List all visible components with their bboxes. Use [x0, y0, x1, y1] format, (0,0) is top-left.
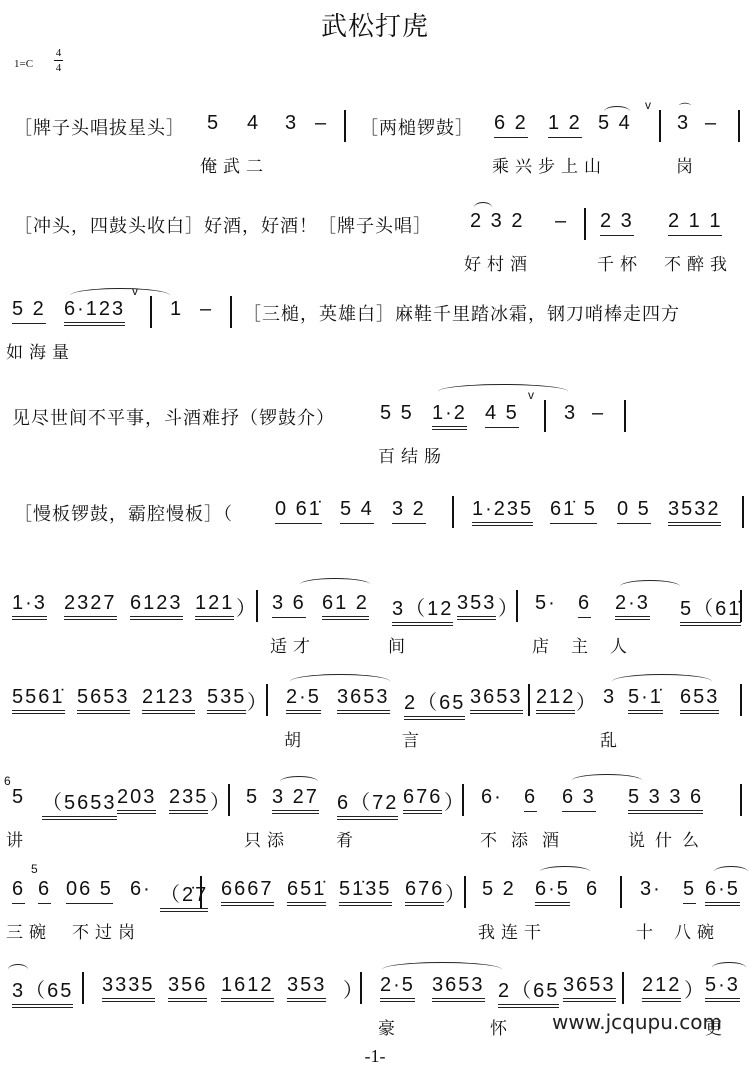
grace-note: 6	[4, 774, 11, 788]
note: 1	[170, 298, 183, 321]
note-group: 6·5	[705, 878, 740, 906]
note-group: 653	[680, 686, 719, 714]
score-line-9: 6 5 6 06 5 6· （2̇7 6667 651̇ 51̇35 676 ）…	[0, 864, 750, 954]
note-group: 6 3	[562, 786, 596, 812]
barline	[228, 784, 230, 816]
barline	[740, 684, 742, 716]
note: 6	[586, 878, 599, 901]
paren: ）	[343, 974, 365, 1003]
song-title: 武松打虎	[0, 6, 750, 43]
slur	[540, 866, 590, 877]
paren: ）	[236, 592, 258, 621]
barline	[620, 876, 622, 908]
score-line-3: 5 2 6·123 v 1 – ［三槌，英雄白］麻鞋千里踏冰霜，钢刀哨棒走四方 …	[0, 284, 750, 374]
note-group: 3（65	[12, 974, 73, 1008]
note: 5	[246, 786, 259, 809]
note: 6	[12, 878, 25, 904]
note: 5	[207, 112, 220, 135]
note-group: 06 5	[66, 878, 113, 904]
note-group: 2（65	[498, 974, 559, 1008]
barline	[464, 876, 466, 908]
barline	[230, 296, 232, 328]
breath-mark: v	[528, 388, 534, 402]
note-group: 61 2	[322, 592, 369, 620]
note-group: 235	[169, 786, 208, 814]
note-group: 3 2	[392, 498, 426, 524]
note-group: 353	[287, 974, 326, 1002]
score-line-5: ［慢板锣鼓，霸腔慢板］（ 0 61̇ 5 4 3 2 1·235 61̇ 5 0…	[0, 484, 750, 574]
barline	[742, 496, 744, 528]
lyric: 说什么	[628, 826, 709, 851]
barline	[150, 296, 152, 328]
note: 6·	[481, 786, 503, 809]
note-group: 535	[207, 686, 246, 714]
slur	[438, 384, 568, 399]
note-group: 353	[457, 592, 496, 620]
note-group: 356	[168, 974, 207, 1002]
note-group: 3（12	[392, 592, 453, 626]
time-signature: 4 4	[54, 47, 63, 74]
barline	[528, 684, 530, 716]
note-group: 212	[536, 686, 575, 714]
note: 5·	[535, 592, 557, 615]
lyric: 肴	[336, 826, 359, 851]
performance-direction: ［牌子头唱拔星头］	[14, 114, 185, 140]
note-group: 1·3	[12, 592, 47, 620]
performance-direction: ［两槌锣鼓］	[360, 114, 474, 140]
lyric: 我连干	[478, 918, 547, 943]
note-group: 6·123	[64, 298, 125, 326]
dash: –	[592, 402, 605, 425]
breath-mark: v	[645, 98, 651, 112]
note-group: 5 2	[482, 878, 516, 901]
lyric: 八碗	[674, 918, 720, 943]
note: 5	[12, 786, 25, 809]
note-group: 0 61̇	[275, 498, 322, 524]
note: 6·	[130, 878, 152, 901]
paren: ）	[684, 974, 706, 1003]
barline	[740, 590, 742, 622]
note-group: 5 4	[598, 112, 632, 135]
note-group: 6667	[221, 878, 274, 906]
note: 3	[603, 686, 616, 709]
score-line-4: 见尽世间不平事，斗酒难抒（锣鼓介） 5 5 1·2 4 5 v 3 – 百结肠	[0, 388, 750, 478]
note-group: 676	[403, 786, 442, 814]
note-group: 5 5	[380, 402, 414, 425]
note: 4	[247, 112, 260, 135]
barline	[462, 784, 464, 816]
barline	[266, 684, 268, 716]
lyric: 只添	[244, 826, 290, 851]
note-group: 61̇ 5	[550, 498, 597, 524]
barline	[738, 110, 740, 142]
note-group: 5 3 3 6	[628, 786, 703, 814]
note: 3	[285, 112, 298, 135]
lyric: 不添酒	[480, 826, 573, 851]
slur	[300, 578, 370, 591]
lyric: 三碗	[6, 918, 52, 943]
note-group: 2327	[64, 592, 117, 620]
note-group: （5653	[42, 786, 117, 820]
dash: –	[315, 112, 328, 135]
score-line-6: 1·3 2327 6123 121 ） 3 6 61 2 3（12 353 ） …	[0, 578, 750, 668]
barline	[344, 110, 346, 142]
performance-direction: 见尽世间不平事，斗酒难抒（锣鼓介）	[12, 404, 335, 430]
performance-direction: ［冲头，四鼓头收白］好酒，好酒！［牌子头唱］	[14, 212, 432, 238]
lyric: 十	[636, 918, 659, 943]
lyric: 店主人	[532, 632, 649, 657]
lyric: 乱	[600, 726, 623, 751]
note: 5	[683, 878, 696, 904]
slur	[714, 866, 748, 877]
note-group: 2 1 1	[668, 210, 722, 236]
note: 6	[524, 786, 537, 812]
note: 6	[38, 878, 51, 904]
note: 6	[578, 592, 591, 618]
lyric: 千杯	[597, 250, 643, 275]
note: 3·	[640, 878, 662, 901]
note-group: 2（65	[404, 686, 465, 720]
note-group: 3 27	[272, 786, 319, 814]
barline	[584, 208, 586, 240]
lyric: 岗	[676, 152, 699, 177]
barline	[624, 400, 626, 432]
barline	[82, 972, 84, 1004]
score-line-8: 6 5 （5653 203 235 ） 5 3 27 6（72 676 ） 6·…	[0, 772, 750, 862]
note-group: 676	[405, 878, 444, 906]
performance-direction: ［慢板锣鼓，霸腔慢板］（	[14, 500, 233, 526]
barline	[659, 110, 661, 142]
barline	[516, 590, 518, 622]
barline	[200, 876, 202, 908]
lyric: 适才	[270, 632, 316, 657]
score-line-7: 5561̇ 5653 2123 535 ） 2·5 3653 2（65 3653…	[0, 672, 750, 762]
note-group: 6 2	[494, 112, 528, 138]
note-group: 2·3	[615, 592, 650, 620]
barline	[452, 496, 454, 528]
barline	[256, 590, 258, 622]
note-group: 2 3	[600, 210, 634, 236]
dash: –	[555, 210, 568, 233]
note-group: 6·5	[535, 878, 570, 906]
note-group: 1·2	[432, 402, 467, 430]
note-group: 2 3 2	[470, 210, 524, 233]
lyric: 不醉我	[664, 250, 733, 275]
note-group: 2·5	[380, 974, 415, 1002]
page-number: -1-	[0, 1046, 750, 1067]
lyric: 不过岗	[72, 918, 141, 943]
watermark-link[interactable]: www.jcqupu.com	[552, 1010, 722, 1034]
note-group: 2123	[142, 686, 195, 714]
barline	[360, 972, 362, 1004]
grace-note: 5	[31, 862, 38, 876]
note-group: 3 6	[272, 592, 306, 618]
breath-mark: v	[132, 284, 138, 298]
note-group: 1612	[221, 974, 274, 1002]
lyric: 豪	[378, 1014, 401, 1039]
barline	[740, 784, 742, 816]
barline	[622, 972, 624, 1004]
note: 3	[677, 112, 690, 135]
note-group: 3532	[668, 498, 721, 526]
score-line-1: ［牌子头唱拔星头］ 5 4 3 – ［两槌锣鼓］ 6 2 1 2 5 4 v ⌒…	[0, 98, 750, 188]
barline	[544, 400, 546, 432]
note-group: 212	[642, 974, 681, 1002]
lyric: 讲	[6, 826, 29, 851]
note-group: 121	[195, 592, 234, 620]
lyric: 俺武二	[200, 152, 269, 177]
note-group: 2·5	[286, 686, 321, 714]
note-group: 651̇	[287, 878, 326, 906]
lyric: 百结肠	[378, 442, 447, 467]
score-line-10: 3（65 3335 356 1612 353 ） 2·5 3653 2（65 3…	[0, 960, 750, 1050]
note-group: 3653	[470, 686, 523, 714]
lyric: 好村酒	[464, 250, 533, 275]
note-group: 6（72	[337, 786, 398, 820]
note-group: 5（61̇	[680, 592, 741, 626]
note-group: 5 4	[340, 498, 374, 524]
note-group: 5653	[77, 686, 130, 714]
key-signature: 1=C	[14, 58, 33, 70]
note-group: 5 2	[12, 298, 46, 324]
note-group: 3335	[102, 974, 155, 1002]
note-group: 3653	[432, 974, 485, 1002]
lyric: 如海量	[6, 338, 75, 363]
note-group: 5561̇	[12, 686, 65, 714]
slur	[712, 962, 746, 973]
note-group: 3653	[337, 686, 390, 714]
lyric: 言	[402, 726, 425, 751]
lyric: 乘兴步上山	[492, 152, 607, 177]
paren: ）	[576, 686, 598, 715]
time-sig-numerator: 4	[56, 47, 62, 59]
performance-direction: ［三槌，英雄白］麻鞋千里踏冰霜，钢刀哨棒走四方	[243, 300, 680, 326]
note-group: 3653	[563, 974, 616, 1002]
note: 3	[564, 402, 577, 425]
note-group: 5·3	[705, 974, 740, 1002]
note-group: 6123	[130, 592, 183, 620]
lyric: 胡	[284, 726, 307, 751]
note-group: 1 2	[548, 112, 582, 138]
score-line-2: ［冲头，四鼓头收白］好酒，好酒！［牌子头唱］ 2 3 2 – 2 3 2 1 1…	[0, 196, 750, 286]
time-sig-denominator: 4	[56, 62, 62, 74]
note-group: 51̇35	[339, 878, 392, 906]
dash: –	[705, 112, 718, 135]
note-group: 203	[117, 786, 156, 814]
dash: –	[200, 298, 213, 321]
note-group: 1·235	[472, 498, 533, 526]
note-group: 5·1̇	[628, 686, 663, 714]
note-group: 4 5	[485, 402, 519, 428]
lyric: 怀	[490, 1014, 513, 1039]
note-group: 0 5	[617, 498, 651, 524]
lyric: 间	[388, 632, 411, 657]
